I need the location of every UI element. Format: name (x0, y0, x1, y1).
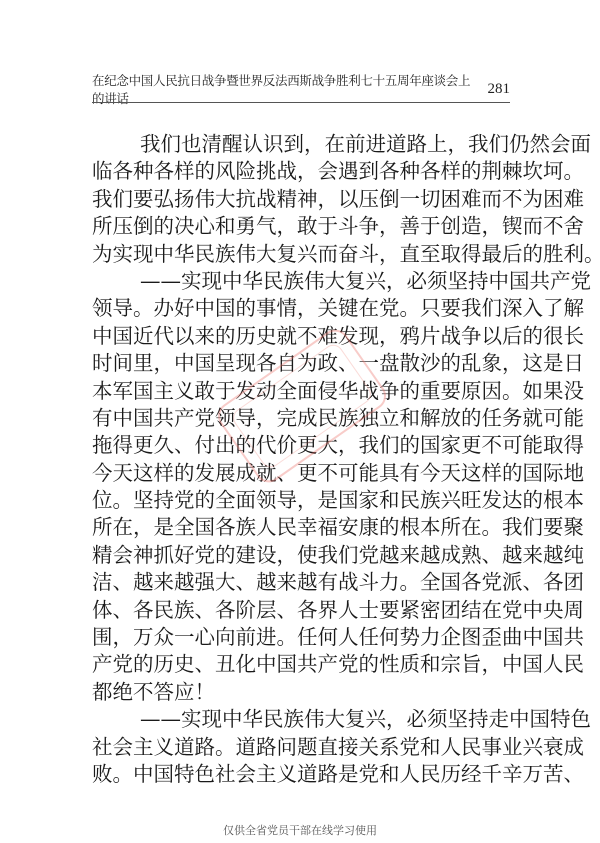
footer-notice: 仅供全省党员干部在线学习使用 (0, 822, 600, 838)
text-line: 中国近代以来的历史就不难发现，鸦片战争以后的很长 (92, 323, 510, 350)
page-number: 281 (488, 81, 511, 98)
text-line: 为实现中华民族伟大复兴而奋斗，直至取得最后的胜利。 (92, 241, 510, 268)
text-line: 领导。办好中国的事情，关键在党。只要我们深入了解 (92, 295, 510, 322)
text-line: 本军国主义敢于发动全面侵华战争的重要原因。如果没 (92, 378, 510, 405)
text-line: 拖得更久、付出的代价更大，我们的国家更不可能取得 (92, 432, 510, 459)
header-divider (92, 102, 510, 103)
text-line: 我们也清醒认识到，在前进道路上，我们仍然会面 (92, 131, 510, 158)
text-line: 位。坚持党的全面领导，是国家和民族兴旺发达的根本 (92, 487, 510, 514)
text-line: 产党的历史、丑化中国共产党的性质和宗旨，中国人民 (92, 651, 510, 678)
text-line: 围，万众一心向前进。任何人任何势力企图歪曲中国共 (92, 624, 510, 651)
text-line: 体、各民族、各阶层、各界人士要紧密团结在党中央周 (92, 597, 510, 624)
text-line: 社会主义道路。道路问题直接关系党和人民事业兴衰成 (92, 734, 510, 761)
text-line: ——实现中华民族伟大复兴，必须坚持走中国特色 (92, 706, 510, 733)
text-line: 所在，是全国各族人民幸福安康的根本所在。我们要聚 (92, 514, 510, 541)
text-line: 精会神抓好党的建设，使我们党越来越成熟、越来越纯 (92, 542, 510, 569)
text-line: 时间里，中国呈现各自为政、一盘散沙的乱象，这是日 (92, 350, 510, 377)
text-line: 都绝不答应！ (92, 679, 510, 706)
body-text: 我们也清醒认识到，在前进道路上，我们仍然会面 临各种各样的风险挑战，会遇到各种各… (92, 131, 510, 788)
text-line: 有中国共产党领导，完成民族独立和解放的任务就可能 (92, 405, 510, 432)
text-line: 败。中国特色社会主义道路是党和人民历经千辛万苦、 (92, 761, 510, 788)
text-line: ——实现中华民族伟大复兴，必须坚持中国共产党 (92, 268, 510, 295)
text-line: 我们要弘扬伟大抗战精神，以压倒一切困难而不为困难 (92, 186, 510, 213)
text-line: 临各种各样的风险挑战，会遇到各种各样的荆棘坎坷。 (92, 158, 510, 185)
text-line: 今天这样的发展成就、更不可能具有今天这样的国际地 (92, 460, 510, 487)
text-line: 洁、越来越强大、越来越有战斗力。全国各党派、各团 (92, 569, 510, 596)
text-line: 所压倒的决心和勇气，敢于斗争，善于创造，锲而不舍 (92, 213, 510, 240)
running-header: 在纪念中国人民抗日战争暨世界反法西斯战争胜利七十五周年座谈会上的讲话 281 (92, 76, 510, 102)
